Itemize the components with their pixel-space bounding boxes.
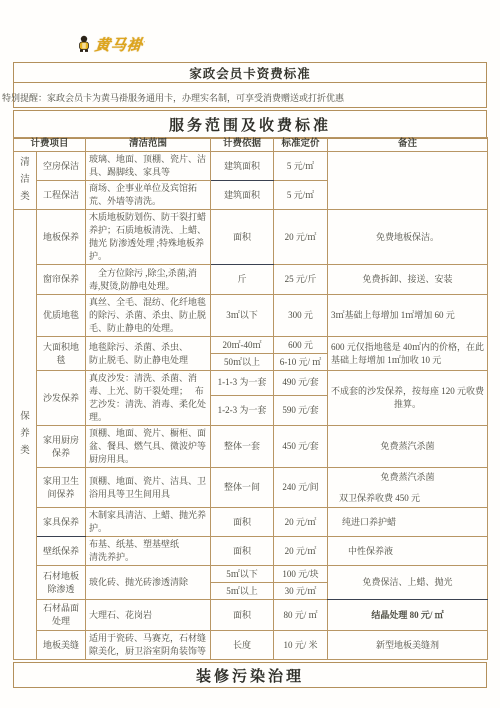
row-item: 工程保洁: [37, 181, 86, 210]
row-price: 240 元/间: [274, 468, 328, 508]
row-price: 30 元/㎡: [274, 583, 328, 600]
row-basis: 5㎡以下: [211, 566, 274, 583]
table-row: 家用厨房保养 顶棚、地面、瓷片、橱柜、面盆、餐具、燃气具、微波炉等厨房用具。 整…: [14, 426, 488, 468]
row-item: 大面积地毯: [37, 337, 86, 371]
row-price: 600 元: [274, 337, 328, 354]
row-basis: 50㎡以上: [211, 354, 274, 371]
table-row: 石材晶面处理 大理石、花岗岩 面积 80 元/ ㎡ 结晶处理 80 元/ ㎡: [14, 600, 488, 631]
row-notes: 免费蒸汽杀菌: [328, 426, 488, 468]
section-header-box: 服务范围及收费标准: [13, 110, 487, 139]
row-price: 5 元/㎡: [274, 181, 328, 210]
row-notes: 免费蒸汽杀菌 双卫保养收费 450 元: [328, 468, 488, 508]
brand-logo: 黄马褂 ’: [74, 33, 145, 55]
footer-banner-box: 装修污染治理: [13, 662, 487, 688]
row-item: 沙发保养: [37, 371, 86, 426]
row-item: 家用厨房保养: [37, 426, 86, 468]
row-notes: 3㎡基础上每增加 1㎡增加 60 元: [328, 295, 488, 337]
table-row: 窗帘保养 全方位除污 ,除尘,杀菌,消毒,熨烫,防静电处理。 斤 25 元/斤 …: [14, 265, 488, 295]
table-row: 大面积地毯 地毯除污、杀菌、杀虫、 防止脱毛、防止静电处理 20㎡-40㎡ 60…: [14, 337, 488, 354]
row-scope: 真皮沙发：清洗、杀菌、消毒、上光、防干裂处理； 布艺沙发：清洗、消毒、柔化处理。: [86, 371, 211, 426]
row-basis: 斤: [211, 265, 274, 295]
notice-text: 特别提醒：家政会员卡为黄马褂服务通用卡，办理实名制，可享受消费赠送或打折优惠: [2, 91, 500, 104]
row-basis: 面积: [211, 537, 274, 566]
row-scope: 适用于瓷砖、马赛克，石材缝隙美化，厨卫浴室阴角装饰等: [86, 631, 211, 660]
row-scope: 真丝、全毛、混纺、化纤地毯的除污、杀菌、杀虫、防止脱毛、防止静电的处理。: [86, 295, 211, 337]
row-price: 20 元/㎡: [274, 537, 328, 566]
row-notes: 不成套的沙发保养，按每座 120 元收费推算。: [328, 371, 488, 426]
row-basis: 面积: [211, 210, 274, 265]
row-item: 石材晶面处理: [37, 600, 86, 631]
row-scope: 顶棚、地面、瓷片、橱柜、面盆、餐具、燃气具、微波炉等厨房用具。: [86, 426, 211, 468]
group-cleaning: 清洁类: [14, 152, 37, 210]
brand-name: 黄马褂: [94, 34, 144, 55]
row-basis: 整体一间: [211, 468, 274, 508]
mascot-icon: [74, 34, 94, 54]
row-price: 25 元/斤: [274, 265, 328, 295]
row-scope: 木制家具清洁、上蜡、抛光养护。: [86, 508, 211, 537]
row-item: 地板美缝: [37, 631, 86, 660]
row-scope: 木质地板防划伤、防干裂打蜡养护；石质地板清洗、上蜡、抛光 防渗透处理 ;特殊地板…: [86, 210, 211, 265]
row-basis: 面积: [211, 600, 274, 631]
row-notes-line1: 免费蒸汽杀菌: [331, 471, 484, 484]
row-basis: 建筑面积: [211, 181, 274, 210]
table-row: 壁纸保养 布基、纸基、塑基壁纸 清洗养护。 面积 20 元/㎡ 中性保养液: [14, 537, 488, 566]
group-maintenance: 保养类: [14, 210, 37, 660]
row-notes: 免费保洁、上蜡、抛光: [328, 566, 488, 600]
row-basis: 5㎡以上: [211, 583, 274, 600]
row-price: 450 元/套: [274, 426, 328, 468]
row-basis: 3㎡以下: [211, 295, 274, 337]
row-notes: 中性保养液: [328, 537, 488, 566]
footer-banner-title: 装修污染治理: [196, 665, 304, 686]
row-price: 6-10 元/ ㎡: [274, 354, 328, 371]
row-scope: 商场、企事业单位及宾馆拓荒、外墙等清洗。: [86, 181, 211, 210]
row-item: 空房保洁: [37, 152, 86, 181]
table-row: 优质地毯 真丝、全毛、混纺、化纤地毯的除污、杀菌、杀虫、防止脱毛、防止静电的处理…: [14, 295, 488, 337]
document-title: 家政会员卡资费标准: [189, 64, 311, 82]
row-price: 20 元/㎡: [274, 508, 328, 537]
header-row: 计费项目 清洁范围 计费依据 标准定价 备注: [14, 138, 488, 152]
table-row: 地板美缝 适用于瓷砖、马赛克，石材缝隙美化，厨卫浴室阴角装饰等 长度 10 元/…: [14, 631, 488, 660]
row-price: 300 元: [274, 295, 328, 337]
row-item: 地板保养: [37, 210, 86, 265]
fee-table: 计费项目 清洁范围 计费依据 标准定价 备注 清洁类 空房保洁 玻璃、地面、顶棚…: [13, 137, 488, 660]
row-notes: 新型地板美缝剂: [328, 631, 488, 660]
row-price: 80 元/ ㎡: [274, 600, 328, 631]
document-title-box: 家政会员卡资费标准: [13, 62, 487, 83]
table-row: 家具保养 木制家具清洁、上蜡、抛光养护。 面积 20 元/㎡ 纯进口养护蜡: [14, 508, 488, 537]
row-scope: 全方位除污 ,除尘,杀菌,消毒,熨烫,防静电处理。: [86, 265, 211, 295]
section-title: 服务范围及收费标准: [169, 114, 331, 135]
row-basis: 整体一套: [211, 426, 274, 468]
table-row: 石材地板除渗透 玻化砖、抛光砖渗透清除 5㎡以下 100 元/块 免费保洁、上蜡…: [14, 566, 488, 583]
header-price: 标准定价: [274, 138, 328, 152]
row-notes: 免费地板保洁。: [328, 210, 488, 265]
row-scope: 地毯除污、杀菌、杀虫、 防止脱毛、防止静电处理: [86, 337, 211, 371]
row-item: 家用卫生间保养: [37, 468, 86, 508]
row-notes: 纯进口养护蜡: [328, 508, 488, 537]
row-price: 20 元/㎡: [274, 210, 328, 265]
row-basis: 1-1-3 为一套: [211, 371, 274, 396]
row-price: 5 元/㎡: [274, 152, 328, 181]
table-row: 沙发保养 真皮沙发：清洗、杀菌、消毒、上光、防干裂处理； 布艺沙发：清洗、消毒、…: [14, 371, 488, 396]
row-item: 家具保养: [37, 508, 86, 537]
row-price: 10 元/ 米: [274, 631, 328, 660]
row-item: 优质地毯: [37, 295, 86, 337]
row-scope: 玻璃、地面、顶棚、瓷片、洁具、踢脚线、家具等: [86, 152, 211, 181]
notice-box: 特别提醒：家政会员卡为黄马褂服务通用卡，办理实名制，可享受消费赠送或打折优惠: [13, 82, 487, 108]
row-notes: 结晶处理 80 元/ ㎡: [328, 600, 488, 631]
row-basis: 面积: [211, 508, 274, 537]
table-row: 清洁类 空房保洁 玻璃、地面、顶棚、瓷片、洁具、踢脚线、家具等 建筑面积 5 元…: [14, 152, 488, 181]
header-scope: 清洁范围: [86, 138, 211, 152]
table-row: 家用卫生间保养 顶棚、地面、瓷片、洁具、卫浴用具等卫生间用具 整体一间 240 …: [14, 468, 488, 508]
document: 家政会员卡资费标准 特别提醒：家政会员卡为黄马褂服务通用卡，办理实名制，可享受消…: [13, 62, 487, 688]
row-item: 石材地板除渗透: [37, 566, 86, 600]
row-scope: 顶棚、地面、瓷片、洁具、卫浴用具等卫生间用具: [86, 468, 211, 508]
row-item: 壁纸保养: [37, 537, 86, 566]
row-notes: 600 元仅指地毯是 40㎡内的价格，在此基础上每增加 1㎡加收 10 元: [328, 337, 488, 371]
row-scope: 大理石、花岗岩: [86, 600, 211, 631]
row-notes-line2: 双卫保养收费 450 元: [331, 492, 484, 505]
row-scope: 玻化砖、抛光砖渗透清除: [86, 566, 211, 600]
row-notes: 免费拆卸、接送、安装: [328, 265, 488, 295]
row-basis: 建筑面积: [211, 152, 274, 181]
header-notes: 备注: [328, 138, 488, 152]
header-item: 计费项目: [14, 138, 86, 152]
row-price: 590 元/套: [274, 395, 328, 425]
table-row: 保养类 地板保养 木质地板防划伤、防干裂打蜡养护；石质地板清洗、上蜡、抛光 防渗…: [14, 210, 488, 265]
row-basis: 20㎡-40㎡: [211, 337, 274, 354]
row-price: 490 元/套: [274, 371, 328, 396]
row-notes: [328, 152, 488, 210]
row-scope: 布基、纸基、塑基壁纸 清洗养护。: [86, 537, 211, 566]
row-basis: 1-2-3 为一套: [211, 395, 274, 425]
row-item: 窗帘保养: [37, 265, 86, 295]
header-basis: 计费依据: [211, 138, 274, 152]
row-price: 100 元/块: [274, 566, 328, 583]
row-basis: 长度: [211, 631, 274, 660]
